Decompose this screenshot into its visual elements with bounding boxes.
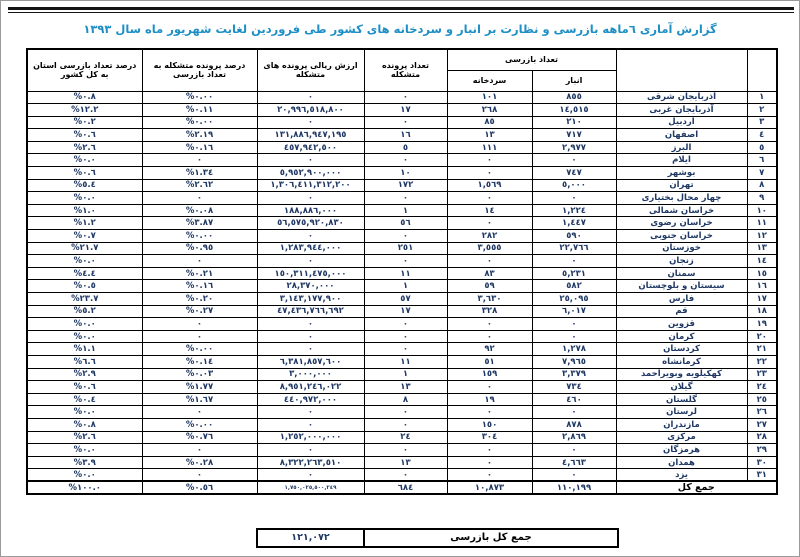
row-number-cell: ٥ (747, 141, 777, 154)
cases-pct-cell: %٠.٢١ (142, 267, 257, 280)
report-table: تعداد بازرسی تعداد پرونده متشکله ارزش ری… (26, 48, 778, 495)
table-row: ٢٩ هرمزگان ٠ ٠ ٠ ٠ ٠ %٠.٠ (27, 444, 777, 457)
coldstore-count-cell: ٣,٥٥٥ (447, 242, 532, 255)
table-row: ٢٢ کرمانشاه ٧,٩٦٥ ٥١ ١١ ٦,٣٨١,٨٥٧,٦٠٠ %٠… (27, 355, 777, 368)
warehouse-count-cell: ١,٢٧٨ (532, 343, 616, 356)
table-header: تعداد بازرسی تعداد پرونده متشکله ارزش ری… (27, 49, 777, 91)
cases-count-cell: ١ (364, 368, 447, 381)
inspection-share-pct-cell: %٠.٠ (27, 192, 142, 205)
coldstore-count-cell: ١٤ (447, 204, 532, 217)
inspection-share-pct-cell: %٢.٦ (27, 431, 142, 444)
table-row: ٢٠ کرمان ٠ ٠ ٠ ٠ ٠ %٠.٠ (27, 330, 777, 343)
cases-value-cell: ٠ (257, 154, 364, 167)
warehouse-count-cell: ٧,٩٦٥ (532, 355, 616, 368)
province-cell: لرستان (616, 406, 747, 419)
cases-pct-cell: %٠.١١ (142, 104, 257, 117)
province-cell: بوشهر (616, 167, 747, 180)
coldstore-count-cell: ٠ (447, 167, 532, 180)
row-number-cell: ٧ (747, 167, 777, 180)
province-cell: قم (616, 305, 747, 318)
row-number-cell: ٢ (747, 104, 777, 117)
cases-value-cell: ١٣١,٨٨٦,٩٤٧,١٩٥ (257, 129, 364, 142)
table-row: ٤ اصفهان ٧١٧ ١٣ ١٦ ١٣١,٨٨٦,٩٤٧,١٩٥ %٢.١٩… (27, 129, 777, 142)
coldstore-count-cell: ١٩ (447, 393, 532, 406)
cases-value-cell: ٦,٣٨١,٨٥٧,٦٠٠ (257, 355, 364, 368)
total-cases-cell: ٦٨٤ (364, 481, 447, 494)
row-number-cell: ١٤ (747, 255, 777, 268)
cases-pct-cell: %٠.٠٨ (142, 204, 257, 217)
cases-pct-cell: %٠.٠٠ (142, 91, 257, 104)
row-number-cell: ١٩ (747, 318, 777, 331)
table-row: ٣ اردبیل ٢١٠ ٨٥ ٠ ٠ %٠.٠٠ %٠.٢ (27, 116, 777, 129)
inspection-share-pct-cell: %٢١.٧ (27, 242, 142, 255)
column-header-warehouse: انبار (532, 70, 616, 91)
inspection-share-pct-cell: %٥.٤ (27, 179, 142, 192)
cases-value-cell: ٠ (257, 469, 364, 482)
cases-pct-cell: ٠ (142, 192, 257, 205)
cases-value-cell: ٤٧,٤٣٦,٧٦٦,٦٩٢ (257, 305, 364, 318)
table-row: ١٨ قم ٦,٠١٧ ٣٢٨ ١٧ ٤٧,٤٣٦,٧٦٦,٦٩٢ %٠.٢٧ … (27, 305, 777, 318)
cases-value-cell: ٤٤٠,٩٧٢,٠٠٠ (257, 393, 364, 406)
row-number-cell: ١١ (747, 217, 777, 230)
cases-pct-cell: %٠.١٦ (142, 280, 257, 293)
table-row: ٢٧ مازندران ٨٧٨ ١٥٠ ٠ ٠ %٠.٠٠ %٠.٨ (27, 418, 777, 431)
province-cell: قزوین (616, 318, 747, 331)
warehouse-count-cell: ٦,٠١٧ (532, 305, 616, 318)
cases-count-cell: ٠ (364, 469, 447, 482)
cases-value-cell: ٣,١٤٣,١٧٧,٩٠٠ (257, 293, 364, 306)
table-row: ٩ چهار محال بختیاری ٠ ٠ ٠ ٠ ٠ %٠.٠ (27, 192, 777, 205)
coldstore-count-cell: ٨٥ (447, 116, 532, 129)
cases-pct-cell: %٠.٠٠ (142, 230, 257, 243)
province-cell: کرمانشاه (616, 355, 747, 368)
coldstore-count-cell: ٠ (447, 469, 532, 482)
warehouse-count-cell: ٢٢,٧٦٦ (532, 242, 616, 255)
cases-pct-cell: %٠.٠٠ (142, 116, 257, 129)
coldstore-count-cell: ٠ (447, 406, 532, 419)
cases-value-cell: ٠ (257, 91, 364, 104)
warehouse-count-cell: ٢٥,٠٩٥ (532, 293, 616, 306)
cases-value-cell: ١٨٨,٨٨٦,٠٠٠ (257, 204, 364, 217)
grand-total-row: جمع کل ١١٠,١٩٩ ١٠,٨٧٣ ٦٨٤ ١,٧٥٠,٠٢٥,٥٠٠,… (27, 481, 777, 494)
column-header-row-number (747, 49, 777, 91)
cases-pct-cell: ٠ (142, 255, 257, 268)
row-number-cell: ٣١ (747, 469, 777, 482)
row-number-cell: ٩ (747, 192, 777, 205)
cases-value-cell: ٠ (257, 418, 364, 431)
province-cell: سیستان و بلوچستان (616, 280, 747, 293)
cases-count-cell: ٠ (364, 406, 447, 419)
row-number-cell: ١ (747, 91, 777, 104)
inspection-share-pct-cell: %١.٢ (27, 217, 142, 230)
row-number-cell: ٢٥ (747, 393, 777, 406)
row-number-cell: ٨ (747, 179, 777, 192)
province-cell: فارس (616, 293, 747, 306)
warehouse-count-cell: ٥٩٠ (532, 230, 616, 243)
cases-count-cell: ١ (364, 280, 447, 293)
inspection-share-pct-cell: %٠.٤ (27, 393, 142, 406)
cases-pct-cell: %١.٦٧ (142, 393, 257, 406)
cases-value-cell: ٠ (257, 318, 364, 331)
cases-value-cell: ٥,٩٥٢,٩٠٠,٠٠٠ (257, 167, 364, 180)
cases-count-cell: ٠ (364, 343, 447, 356)
row-number-cell: ٦ (747, 154, 777, 167)
province-cell: کرمان (616, 330, 747, 343)
cases-count-cell: ٠ (364, 91, 447, 104)
row-number-cell: ٢٨ (747, 431, 777, 444)
cases-count-cell: ٠ (364, 154, 447, 167)
cases-value-cell: ٠ (257, 255, 364, 268)
cases-count-cell: ١٧ (364, 104, 447, 117)
cases-count-cell: ٥٦ (364, 217, 447, 230)
row-number-cell: ١٢ (747, 230, 777, 243)
cases-pct-cell: %٠.٢٧ (142, 305, 257, 318)
warehouse-count-cell: ١,٢٢٤ (532, 204, 616, 217)
province-cell: مرکزی (616, 431, 747, 444)
row-number-cell: ٢٩ (747, 444, 777, 457)
table-row: ٣١ یزد ٠ ٠ ٠ ٠ ٠ %٠.٠ (27, 469, 777, 482)
column-header-cold-store: سردخانه (447, 70, 532, 91)
cases-value-cell: ٠ (257, 230, 364, 243)
report-page: گزارش آماری ٦ماهه بازرسی و نظارت بر انبا… (0, 0, 800, 557)
cases-pct-cell: %٠.١٤ (142, 355, 257, 368)
province-cell: خراسان جنوبی (616, 230, 747, 243)
coldstore-count-cell: ٠ (447, 217, 532, 230)
table-row: ٢٣ کهکیلویه وبویراحمد ٣,٣٧٩ ١٥٩ ١ ٣,٠٠٠,… (27, 368, 777, 381)
coldstore-count-cell: ٠ (447, 192, 532, 205)
cases-value-cell: ٢٠,٩٩٦,٥١٨,٨٠٠ (257, 104, 364, 117)
table-row: ٣٠ همدان ٤,٦٦٣ ٠ ١٣ ٨,٣٢٢,٢٦٣,٥١٠ %٠.٢٨ … (27, 456, 777, 469)
inspection-share-pct-cell: %٠.٠ (27, 406, 142, 419)
table-row: ٥ البرز ٢,٩٧٧ ١١١ ٥ ٤٥٧,٩٤٢,٥٠٠ %٠.١٦ %٢… (27, 141, 777, 154)
cases-pct-cell: ٠ (142, 469, 257, 482)
column-header-province (616, 49, 747, 91)
cases-value-cell: ٢٨,٣٧٠,٠٠٠ (257, 280, 364, 293)
cases-value-cell: ٠ (257, 406, 364, 419)
province-cell: زنجان (616, 255, 747, 268)
warehouse-count-cell: ٠ (532, 406, 616, 419)
warehouse-count-cell: ٠ (532, 318, 616, 331)
row-number-cell: ٢٣ (747, 368, 777, 381)
inspection-share-pct-cell: %٢.٩ (27, 368, 142, 381)
inspection-share-pct-cell: %٠.٠ (27, 330, 142, 343)
total-inspections-label: جمع کل بازرسی (363, 528, 619, 548)
warehouse-count-cell: ٥,٢٣١ (532, 267, 616, 280)
province-cell: یزد (616, 469, 747, 482)
inspection-share-pct-cell: %٠.٦ (27, 129, 142, 142)
report-title: گزارش آماری ٦ماهه بازرسی و نظارت بر انبا… (1, 22, 799, 36)
inspection-share-pct-cell: %٠.٠ (27, 444, 142, 457)
cases-count-cell: ٥ (364, 141, 447, 154)
warehouse-count-cell: ١,٤٤٧ (532, 217, 616, 230)
cases-value-cell: ١,٢٥٢,٠٠٠,٠٠٠ (257, 431, 364, 444)
cases-pct-cell: %٣.٨٧ (142, 217, 257, 230)
row-number-cell: ٢٤ (747, 381, 777, 394)
row-number-cell: ١٨ (747, 305, 777, 318)
inspection-share-pct-cell: %٠.٦ (27, 167, 142, 180)
cases-pct-cell: %٠.٢٠ (142, 293, 257, 306)
coldstore-count-cell: ٠ (447, 381, 532, 394)
row-number-cell: ١٧ (747, 293, 777, 306)
inspection-share-pct-cell: %٠.٨ (27, 418, 142, 431)
cases-pct-cell: %٠.٩٥ (142, 242, 257, 255)
inspection-share-pct-cell: %٠.٨ (27, 91, 142, 104)
warehouse-count-cell: ٧١٧ (532, 129, 616, 142)
coldstore-count-cell: ٣,٦٣٠ (447, 293, 532, 306)
province-cell: چهار محال بختیاری (616, 192, 747, 205)
row-number-cell: ٢٦ (747, 406, 777, 419)
cases-value-cell: ٠ (257, 192, 364, 205)
table-row: ٢٤ گیلان ٧٣٤ ٠ ١٣ ٨,٩٥١,٢٤٦,٠٢٢ %١.٧٧ %٠… (27, 381, 777, 394)
cases-count-cell: ٠ (364, 318, 447, 331)
table-body: ١ آذربایجان شرقی ٨٥٥ ١٠١ ٠ ٠ %٠.٠٠ %٠.٨ … (27, 91, 777, 481)
warehouse-count-cell: ٢,٩٧٧ (532, 141, 616, 154)
cases-value-cell: ٠ (257, 444, 364, 457)
inspection-share-pct-cell: %١.١ (27, 343, 142, 356)
cases-pct-cell: %٠.١٦ (142, 141, 257, 154)
cases-count-cell: ١١ (364, 267, 447, 280)
cases-pct-cell: %١.٧٧ (142, 381, 257, 394)
province-cell: اردبیل (616, 116, 747, 129)
grand-total-label: جمع کل (616, 481, 777, 494)
inspection-share-pct-cell: %٠.٠ (27, 469, 142, 482)
table-row: ١١ خراسان رضوی ١,٤٤٧ ٠ ٥٦ ٥٦,٥٧٥,٩٢٠,٨٣٠… (27, 217, 777, 230)
row-number-cell: ٢١ (747, 343, 777, 356)
table-row: ١٤ زنجان ٠ ٠ ٠ ٠ ٠ %٠.٠ (27, 255, 777, 268)
warehouse-count-cell: ٠ (532, 192, 616, 205)
table-row: ١٢ خراسان جنوبی ٥٩٠ ٢٨٢ ٠ ٠ %٠.٠٠ %٠.٧ (27, 230, 777, 243)
table-row: ١٠ خراسان شمالی ١,٢٢٤ ١٤ ١ ١٨٨,٨٨٦,٠٠٠ %… (27, 204, 777, 217)
coldstore-count-cell: ١,٥٦٩ (447, 179, 532, 192)
coldstore-count-cell: ٠ (447, 444, 532, 457)
province-cell: گیلان (616, 381, 747, 394)
warehouse-count-cell: ١٤,٥١٥ (532, 104, 616, 117)
warehouse-count-cell: ٠ (532, 444, 616, 457)
total-warehouse-cell: ١١٠,١٩٩ (532, 481, 616, 494)
row-number-cell: ١٥ (747, 267, 777, 280)
inspection-share-pct-cell: %٢٣.٧ (27, 293, 142, 306)
row-number-cell: ١٦ (747, 280, 777, 293)
inspection-share-pct-cell: %٠.٠ (27, 255, 142, 268)
inspection-share-pct-cell: %٠.٥ (27, 280, 142, 293)
province-cell: اصفهان (616, 129, 747, 142)
row-number-cell: ٢٢ (747, 355, 777, 368)
cases-value-cell: ٠ (257, 116, 364, 129)
cases-count-cell: ٠ (364, 330, 447, 343)
coldstore-count-cell: ٠ (447, 318, 532, 331)
coldstore-count-cell: ٣٠٤ (447, 431, 532, 444)
cases-count-cell: ٢٥١ (364, 242, 447, 255)
warehouse-count-cell: ٧٤٧ (532, 167, 616, 180)
province-cell: البرز (616, 141, 747, 154)
cases-count-cell: ١٦ (364, 129, 447, 142)
table-row: ٢٦ لرستان ٠ ٠ ٠ ٠ ٠ %٠.٠ (27, 406, 777, 419)
row-number-cell: ٤ (747, 129, 777, 142)
coldstore-count-cell: ١٣ (447, 129, 532, 142)
cases-pct-cell: ٠ (142, 444, 257, 457)
province-cell: ایلام (616, 154, 747, 167)
table-row: ١٧ فارس ٢٥,٠٩٥ ٣,٦٣٠ ٥٧ ٣,١٤٣,١٧٧,٩٠٠ %٠… (27, 293, 777, 306)
cases-count-cell: ٠ (364, 444, 447, 457)
coldstore-count-cell: ٢٨٢ (447, 230, 532, 243)
inspection-share-pct-cell: %٠.٢ (27, 116, 142, 129)
cases-count-cell: ٠ (364, 192, 447, 205)
cases-value-cell: ٠ (257, 330, 364, 343)
warehouse-count-cell: ٣,٣٧٩ (532, 368, 616, 381)
province-cell: کهکیلویه وبویراحمد (616, 368, 747, 381)
inspection-share-pct-cell: %٥.٢ (27, 305, 142, 318)
province-cell: تهران (616, 179, 747, 192)
coldstore-count-cell: ١٥٠ (447, 418, 532, 431)
inspection-share-pct-cell: %٠.٠ (27, 154, 142, 167)
cases-count-cell: ١٣ (364, 456, 447, 469)
table-row: ١ آذربایجان شرقی ٨٥٥ ١٠١ ٠ ٠ %٠.٠٠ %٠.٨ (27, 91, 777, 104)
province-cell: همدان (616, 456, 747, 469)
cases-pct-cell: %٠.٠٣ (142, 368, 257, 381)
cases-pct-cell: %١.٣٤ (142, 167, 257, 180)
province-cell: هرمزگان (616, 444, 747, 457)
province-cell: خراسان رضوی (616, 217, 747, 230)
total-value-cell: ١,٧٥٠,٠٢٥,٥٠٠,٢٤٩ (257, 481, 364, 494)
top-rule (8, 7, 794, 13)
coldstore-count-cell: ١٠١ (447, 91, 532, 104)
cases-pct-cell: %٠.٠٠ (142, 418, 257, 431)
column-header-cases-count: تعداد پرونده متشکله (364, 49, 447, 91)
cases-count-cell: ٠ (364, 255, 447, 268)
warehouse-count-cell: ٢,٨٦٩ (532, 431, 616, 444)
cases-pct-cell: %٢.١٩ (142, 129, 257, 142)
total-share-pct-cell: %١٠٠.٠ (27, 481, 142, 494)
table-row: ٨ تهران ٥,٠٠٠ ١,٥٦٩ ١٧٢ ١,٣٠٦,٤١١,٣١٢,٢٠… (27, 179, 777, 192)
coldstore-count-cell: ٠ (447, 330, 532, 343)
cases-value-cell: ١,٣٠٦,٤١١,٣١٢,٢٠٠ (257, 179, 364, 192)
cases-value-cell: ٨,٣٢٢,٢٦٣,٥١٠ (257, 456, 364, 469)
inspection-share-pct-cell: %٦.٦ (27, 355, 142, 368)
table-row: ١٣ خوزستان ٢٢,٧٦٦ ٣,٥٥٥ ٢٥١ ١,٢٨٣,٩٤٤,٠٠… (27, 242, 777, 255)
cases-pct-cell: ٠ (142, 154, 257, 167)
warehouse-count-cell: ٠ (532, 154, 616, 167)
cases-pct-cell: ٠ (142, 318, 257, 331)
cases-value-cell: ٨,٩٥١,٢٤٦,٠٢٢ (257, 381, 364, 394)
column-header-share-pct: درصد تعداد بازرسی استان به کل کشور (27, 49, 142, 91)
cases-value-cell: ٥٦,٥٧٥,٩٢٠,٨٣٠ (257, 217, 364, 230)
table-row: ٦ ایلام ٠ ٠ ٠ ٠ ٠ %٠.٠ (27, 154, 777, 167)
coldstore-count-cell: ٢٦٨ (447, 104, 532, 117)
province-cell: کردستان (616, 343, 747, 356)
cases-value-cell: ١٥٠,٣١١,٤٧٥,٠٠٠ (257, 267, 364, 280)
cases-count-cell: ١١ (364, 355, 447, 368)
inspection-share-pct-cell: %٠.٠ (27, 318, 142, 331)
cases-count-cell: ١٣ (364, 381, 447, 394)
table-row: ١٥ سمنان ٥,٢٣١ ٨٣ ١١ ١٥٠,٣١١,٤٧٥,٠٠٠ %٠.… (27, 267, 777, 280)
cases-count-cell: ٠ (364, 116, 447, 129)
coldstore-count-cell: ١٥٩ (447, 368, 532, 381)
cases-value-cell: ٤٥٧,٩٤٢,٥٠٠ (257, 141, 364, 154)
coldstore-count-cell: ٠ (447, 456, 532, 469)
inspection-share-pct-cell: %١٢.٢ (27, 104, 142, 117)
cases-value-cell: ١,٢٨٣,٩٤٤,٠٠٠ (257, 242, 364, 255)
table-row: ٢٥ گلستان ٤٦٠ ١٩ ٨ ٤٤٠,٩٧٢,٠٠٠ %١.٦٧ %٠.… (27, 393, 777, 406)
warehouse-count-cell: ٠ (532, 469, 616, 482)
coldstore-count-cell: ١١١ (447, 141, 532, 154)
inspection-share-pct-cell: %٢.٦ (27, 141, 142, 154)
row-number-cell: ٣ (747, 116, 777, 129)
inspection-share-pct-cell: %١.٠ (27, 204, 142, 217)
coldstore-count-cell: ٣٢٨ (447, 305, 532, 318)
table-row: ٢٨ مرکزی ٢,٨٦٩ ٣٠٤ ٢٤ ١,٢٥٢,٠٠٠,٠٠٠ %٠.٧… (27, 431, 777, 444)
warehouse-count-cell: ٥,٠٠٠ (532, 179, 616, 192)
column-header-inspections-group: تعداد بازرسی (447, 49, 616, 70)
cases-value-cell: ٠ (257, 343, 364, 356)
column-header-cases-pct: درصد پرونده متشکله به تعداد بازرسی (142, 49, 257, 91)
row-number-cell: ٣٠ (747, 456, 777, 469)
row-number-cell: ١٣ (747, 242, 777, 255)
province-cell: مازندران (616, 418, 747, 431)
table-row: ٢ آذربایجان غربی ١٤,٥١٥ ٢٦٨ ١٧ ٢٠,٩٩٦,٥١… (27, 104, 777, 117)
cases-count-cell: ١٧ (364, 305, 447, 318)
cases-count-cell: ٨ (364, 393, 447, 406)
total-cold-store-cell: ١٠,٨٧٣ (447, 481, 532, 494)
table-row: ٧ بوشهر ٧٤٧ ٠ ١٠ ٥,٩٥٢,٩٠٠,٠٠٠ %١.٣٤ %٠.… (27, 167, 777, 180)
cases-count-cell: ٠ (364, 230, 447, 243)
warehouse-count-cell: ٨٥٥ (532, 91, 616, 104)
coldstore-count-cell: ٥١ (447, 355, 532, 368)
coldstore-count-cell: ٥٩ (447, 280, 532, 293)
province-cell: خوزستان (616, 242, 747, 255)
cases-count-cell: ١٧٢ (364, 179, 447, 192)
column-header-cases-value: ارزش ریالی پرونده های متشکله (257, 49, 364, 91)
cases-count-cell: ١ (364, 204, 447, 217)
warehouse-count-cell: ٨٧٨ (532, 418, 616, 431)
inspection-share-pct-cell: %٤.٤ (27, 267, 142, 280)
warehouse-count-cell: ٠ (532, 255, 616, 268)
cases-count-cell: ١٠ (364, 167, 447, 180)
table-total: جمع کل ١١٠,١٩٩ ١٠,٨٧٣ ٦٨٤ ١,٧٥٠,٠٢٥,٥٠٠,… (27, 481, 777, 494)
cases-pct-cell: %٠.٢٨ (142, 456, 257, 469)
total-inspections-value: ١٢١,٠٧٢ (256, 528, 363, 548)
cases-pct-cell: %٢.٦٢ (142, 179, 257, 192)
table-row: ٢١ کردستان ١,٢٧٨ ٩٢ ٠ ٠ %٠.٠٠ %١.١ (27, 343, 777, 356)
inspection-share-pct-cell: %٠.٧ (27, 230, 142, 243)
coldstore-count-cell: ٩٢ (447, 343, 532, 356)
province-cell: آذربایجان شرقی (616, 91, 747, 104)
province-cell: آذربایجان غربی (616, 104, 747, 117)
cases-pct-cell: %٠.٧٦ (142, 431, 257, 444)
total-cases-pct-cell: %٠.٥٦ (142, 481, 257, 494)
cases-pct-cell: ٠ (142, 330, 257, 343)
cases-pct-cell: %٠.٠٠ (142, 343, 257, 356)
coldstore-count-cell: ٠ (447, 154, 532, 167)
warehouse-count-cell: ٥٨٢ (532, 280, 616, 293)
row-number-cell: ٢٧ (747, 418, 777, 431)
warehouse-count-cell: ٠ (532, 330, 616, 343)
row-number-cell: ٢٠ (747, 330, 777, 343)
inspection-share-pct-cell: %٣.٩ (27, 456, 142, 469)
warehouse-count-cell: ٤٦٠ (532, 393, 616, 406)
warehouse-count-cell: ٤,٦٦٣ (532, 456, 616, 469)
table-row: ١٩ قزوین ٠ ٠ ٠ ٠ ٠ %٠.٠ (27, 318, 777, 331)
warehouse-count-cell: ٢١٠ (532, 116, 616, 129)
table-row: ١٦ سیستان و بلوچستان ٥٨٢ ٥٩ ١ ٢٨,٣٧٠,٠٠٠… (27, 280, 777, 293)
cases-pct-cell: ٠ (142, 406, 257, 419)
cases-count-cell: ٢٤ (364, 431, 447, 444)
warehouse-count-cell: ٧٣٤ (532, 381, 616, 394)
cases-value-cell: ٣,٠٠٠,٠٠٠ (257, 368, 364, 381)
province-cell: گلستان (616, 393, 747, 406)
cases-count-cell: ٠ (364, 418, 447, 431)
row-number-cell: ١٠ (747, 204, 777, 217)
inspection-share-pct-cell: %٠.٦ (27, 381, 142, 394)
